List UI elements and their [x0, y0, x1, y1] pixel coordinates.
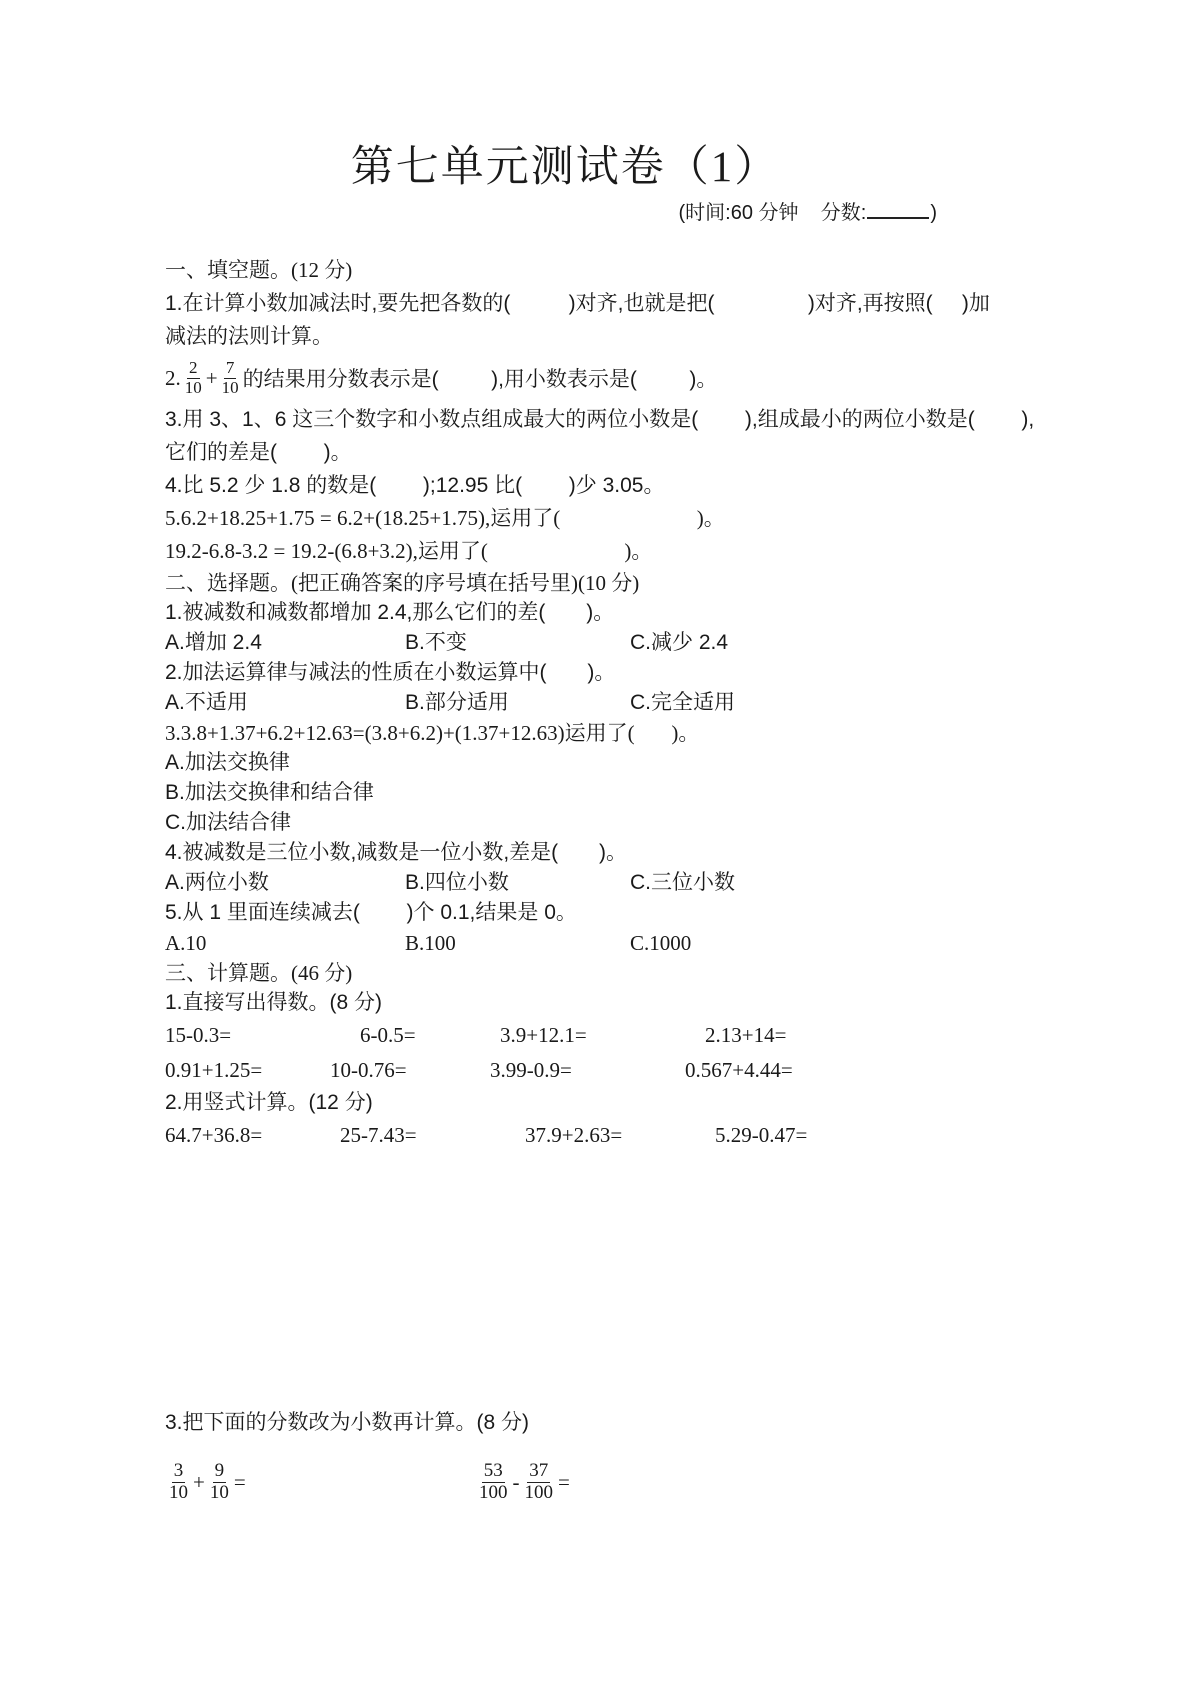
- sec1-q2-number: 2.: [165, 366, 181, 391]
- equals-sign: =: [558, 1470, 570, 1495]
- option-a: A.增加 2.4: [165, 628, 262, 658]
- fraction: 37100: [523, 1461, 556, 1504]
- option-c: C.1000: [630, 928, 691, 958]
- math-expression: 37.9+2.63=: [525, 1118, 622, 1153]
- sec2-heading: 二、选择题。(把正确答案的序号填在括号里)(10 分): [165, 568, 1021, 598]
- fraction-denominator: 10: [208, 1483, 231, 1504]
- math-expression: 3.9+12.1=: [500, 1018, 587, 1053]
- fraction-numerator: 9: [213, 1461, 227, 1483]
- option-a: A.不适用: [165, 688, 248, 718]
- sec2-q2-line: 2.加法运算律与减法的性质在小数运算中( )。: [165, 658, 1021, 688]
- fraction-numerator: 3: [172, 1461, 186, 1483]
- sec1-heading: 一、填空题。(12 分): [165, 254, 1021, 287]
- sec2-q1-line: 1.被减数和减数都增加 2.4,那么它们的差( )。: [165, 598, 1021, 628]
- fraction-numerator: 2: [187, 359, 200, 379]
- sec2-q4-line: 4.被减数是三位小数,减数是一位小数,差是( )。: [165, 838, 1021, 868]
- fraction: 53100: [477, 1461, 510, 1504]
- math-expression: 6-0.5=: [360, 1018, 416, 1053]
- fraction-calc-row: 310 + 910 = 53100 - 37100 =: [165, 1450, 1021, 1514]
- mental-math-row-2: 0.91+1.25= 10-0.76= 3.99-0.9= 0.567+4.44…: [165, 1053, 1021, 1088]
- sec2-q2-options: A.不适用 B.部分适用 C.完全适用: [165, 688, 1021, 718]
- option-c: C.完全适用: [630, 688, 735, 718]
- equals-sign: =: [234, 1470, 246, 1495]
- sec1-q1-line1: 1.在计算小数加减法时,要先把各数的( )对齐,也就是把( )对齐,再按照( )…: [165, 287, 1021, 320]
- plus-operator: +: [193, 1470, 205, 1495]
- workspace-blank: [165, 1153, 1021, 1408]
- fraction: 310: [167, 1461, 190, 1504]
- math-expression: 5.29-0.47=: [715, 1118, 807, 1153]
- sec2-q3-option-c: C.加法结合律: [165, 808, 1021, 838]
- fraction-denominator: 100: [477, 1483, 510, 1504]
- sec2-q3-option-b: B.加法交换律和结合律: [165, 778, 1021, 808]
- option-a: A.10: [165, 928, 206, 958]
- meta-time-score-text: (时间:60 分钟 分数:: [679, 202, 867, 224]
- sec1-q2-line: 2.210+710的结果用分数表示是( ),用小数表示是( )。: [165, 353, 1021, 403]
- sec2-q3-option-a: A.加法交换律: [165, 748, 1021, 778]
- math-expression: 2.13+14=: [705, 1018, 786, 1053]
- sec1-q2-text: 的结果用分数表示是( ),用小数表示是( )。: [243, 363, 718, 393]
- meta-close-paren: ): [930, 202, 937, 224]
- math-expression: 64.7+36.8=: [165, 1118, 262, 1153]
- sec2-q4-options: A.两位小数 B.四位小数 C.三位小数: [165, 868, 1021, 898]
- math-expression: 0.567+4.44=: [685, 1053, 793, 1088]
- sec3-sub1-heading: 1.直接写出得数。(8 分): [165, 988, 1021, 1018]
- sec1-q5-line1: 5.6.2+18.25+1.75 = 6.2+(18.25+1.75),运用了(…: [165, 502, 1021, 535]
- sec1-q3-line1: 3.用 3、1、6 这三个数字和小数点组成最大的两位小数是( ),组成最小的两位…: [165, 403, 1021, 436]
- plus-operator: +: [206, 366, 218, 391]
- paper-meta: (时间:60 分钟 分数:): [0, 198, 937, 228]
- option-b: B.四位小数: [405, 868, 509, 898]
- sec1-q4-line: 4.比 5.2 少 1.8 的数是( );12.95 比( )少 3.05。: [165, 469, 1021, 502]
- fraction-denominator: 10: [167, 1483, 190, 1504]
- fraction-denominator: 10: [183, 379, 204, 398]
- sec2-q5-line: 5.从 1 里面连续减去( )个 0.1,结果是 0。: [165, 898, 1021, 928]
- sec2-q5-options: A.10 B.100 C.1000: [165, 928, 1021, 958]
- test-paper-page: 第七单元测试卷（1） (时间:60 分钟 分数:) 一、填空题。(12 分) 1…: [0, 0, 1191, 1684]
- score-blank-line: [867, 203, 929, 219]
- sec3-heading: 三、计算题。(46 分): [165, 958, 1021, 988]
- math-expression: 3.99-0.9=: [490, 1053, 572, 1088]
- math-expression: 25-7.43=: [340, 1118, 417, 1153]
- option-b: B.不变: [405, 628, 467, 658]
- sec1-q1-line2: 减法的法则计算。: [165, 320, 1021, 353]
- fraction: 710: [220, 359, 241, 397]
- fraction-numerator: 7: [224, 359, 237, 379]
- fraction-numerator: 53: [482, 1461, 505, 1483]
- option-b: B.部分适用: [405, 688, 509, 718]
- minus-operator: -: [513, 1470, 520, 1495]
- sec1-q5-line2: 19.2-6.8-3.2 = 19.2-(6.8+3.2),运用了( )。: [165, 535, 1021, 568]
- section-fill-in-blanks: 一、填空题。(12 分) 1.在计算小数加减法时,要先把各数的( )对齐,也就是…: [165, 254, 1021, 568]
- math-expression: 0.91+1.25=: [165, 1053, 262, 1088]
- option-c: C.三位小数: [630, 868, 735, 898]
- vertical-calc-row: 64.7+36.8= 25-7.43= 37.9+2.63= 5.29-0.47…: [165, 1118, 1021, 1153]
- sec1-q3-line2: 它们的差是( )。: [165, 436, 1021, 469]
- math-expression: 10-0.76=: [330, 1053, 407, 1088]
- option-c: C.减少 2.4: [630, 628, 728, 658]
- sec3-sub2-heading: 2.用竖式计算。(12 分): [165, 1088, 1021, 1118]
- section-calculation: 三、计算题。(46 分) 1.直接写出得数。(8 分) 15-0.3= 6-0.…: [165, 958, 1021, 1514]
- fraction: 210: [183, 359, 204, 397]
- math-expression: 15-0.3=: [165, 1018, 231, 1053]
- mental-math-row-1: 15-0.3= 6-0.5= 3.9+12.1= 2.13+14=: [165, 1018, 1021, 1053]
- sec2-q1-options: A.增加 2.4 B.不变 C.减少 2.4: [165, 628, 1021, 658]
- section-multiple-choice: 二、选择题。(把正确答案的序号填在括号里)(10 分) 1.被减数和减数都增加 …: [165, 568, 1021, 958]
- fraction-expression-1: 310 + 910 =: [165, 1450, 247, 1514]
- fraction: 910: [208, 1461, 231, 1504]
- fraction-denominator: 10: [220, 379, 241, 398]
- fraction-expression-2: 53100 - 37100 =: [475, 1450, 571, 1514]
- sec3-sub3-heading: 3.把下面的分数改为小数再计算。(8 分): [165, 1408, 1021, 1438]
- option-b: B.100: [405, 928, 456, 958]
- fraction-numerator: 37: [527, 1461, 550, 1483]
- sec2-q3-line: 3.3.8+1.37+6.2+12.63=(3.8+6.2)+(1.37+12.…: [165, 718, 1021, 748]
- page-title: 第七单元测试卷（1）: [0, 138, 1130, 198]
- option-a: A.两位小数: [165, 868, 269, 898]
- fraction-denominator: 100: [523, 1483, 556, 1504]
